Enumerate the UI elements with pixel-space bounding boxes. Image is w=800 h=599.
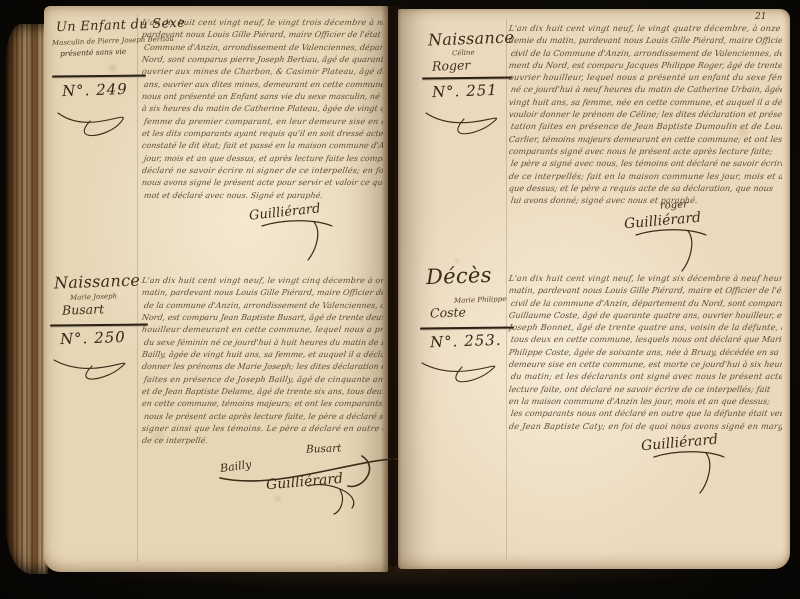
handwritten-line: du sexe féminin né ce jourd'hui à huit h… [141, 337, 383, 349]
margin-rule [50, 323, 148, 326]
handwritten-line: L'an dix huit cent vingt neuf, le vingt … [508, 22, 782, 34]
handwritten-line: femme du premier comparant, en leur deme… [141, 116, 383, 128]
right-page: 21 Naissance Céline Roger N°. 251 L'an d… [398, 9, 790, 569]
handwritten-line: Commune d'Anzin, arrondissement de Valen… [141, 42, 383, 54]
record-number: N°. 251 [432, 81, 498, 101]
handwritten-line: demie du matin, pardevant nous Louis Gil… [508, 34, 782, 46]
signature: Guilliérard [623, 210, 701, 233]
handwritten-line: Nord, est comparu Jean Baptiste Busart, … [141, 312, 383, 324]
margin-rule [52, 75, 146, 78]
margin-title: Naissance [54, 271, 141, 293]
handwritten-line: nous avons signé le présent acte pour se… [141, 177, 383, 189]
handwritten-line: civil de la commune d'Anzin, département… [508, 297, 782, 309]
signature: roger [660, 199, 688, 211]
handwritten-line: nous ont présenté un Enfant sans vie du … [141, 91, 383, 103]
margin-name: Coste [430, 304, 466, 320]
handwritten-line: en cette commune, témoins majeurs; et on… [141, 398, 383, 410]
handwritten-line: vouloir donner le prénom de Céline; les … [508, 108, 782, 120]
handwritten-line: déclaré ne savoir écrire ni signer de ce… [141, 165, 383, 177]
signature: Bailly [219, 458, 252, 475]
handwritten-line: ouvrier aux mines de Charbon, & Casimir … [141, 66, 383, 78]
handwritten-line: Bailly, âgée de vingt huit ans, sa femme… [141, 349, 383, 361]
margin-rule [420, 327, 514, 330]
handwritten-line: Nord, sont comparus pierre Joseph Bertia… [141, 54, 383, 66]
signature: Guilliérard [640, 432, 718, 455]
margin-name: Busart [62, 301, 105, 317]
handwritten-line: de ce interpellé. [141, 435, 383, 447]
record-number: N°. 253. [430, 331, 502, 351]
handwritten-line: lecture faite, ont déclaré ne savoir écr… [508, 383, 782, 395]
page-number: 21 [755, 12, 766, 22]
handwritten-line: né ce jourd'hui à neuf heures du matin d… [508, 83, 782, 95]
handwritten-line: civil de la Commune d'Anzin, arrondissem… [508, 47, 782, 59]
handwritten-line: constaté le dit état; fait et passé en l… [141, 140, 383, 152]
handwritten-line: de la commune d'Anzin, arrondissement de… [141, 300, 383, 312]
handwritten-line: demeure sise en cette commune, est morte… [508, 358, 782, 370]
margin-rule [422, 77, 512, 80]
handwritten-line: Carlier, témoins majeurs demeurant en ce… [508, 133, 782, 145]
handwritten-line: et de Jean Baptiste Delame, âgé de trent… [141, 386, 383, 398]
book-gutter-shadow [381, 6, 401, 572]
record-body: L'an dix huit cent vingt neuf, le vingt … [508, 272, 782, 434]
record-body: L'an dix huit cent vingt neuf, le vingt … [141, 17, 383, 205]
handwritten-line: que dessus; et le père a requis acte de … [508, 182, 782, 194]
margin-name: Roger [432, 57, 471, 73]
record-body: L'an dix huit cent vingt neuf, le vingt … [141, 275, 383, 450]
handwritten-line: et les dits comparants ayant requis qu'i… [141, 128, 383, 140]
handwritten-line: donner les prénoms de Marie Joseph; les … [141, 361, 383, 373]
handwritten-line: du matin; et les déclarants ont signé av… [508, 370, 782, 382]
handwritten-line: tous deux en cette commune, lesquels nou… [508, 333, 782, 345]
handwritten-line: Philippe Coste, âgée de soixante ans, né… [508, 346, 782, 358]
signature-flourish [630, 227, 720, 273]
handwritten-line: à six heures du matin de Catherine Plate… [141, 103, 383, 115]
handwritten-line: L'an dix huit cent vingt neuf, le vingt … [508, 272, 782, 284]
handwritten-line: de Jean Baptiste Caty; en foi de quoi no… [508, 420, 782, 432]
margin-subtitle: Céline [452, 49, 475, 58]
signature-flourish [648, 449, 738, 495]
handwritten-line: ouvrier houilleur, lequel nous a présent… [508, 71, 782, 83]
margin-crease [506, 19, 507, 559]
record-number: N°. 249 [62, 80, 128, 100]
handwritten-line: nous le présent acte après lecture faite… [141, 411, 383, 423]
handwritten-line: Joseph Bonnet, âgé de trente quatre ans,… [508, 321, 782, 333]
photo-background: Un Enfant du Sexe Masculin de Pierre Jos… [0, 0, 800, 599]
handwritten-line: ans, ouvrier aux dites mines, demeurant … [141, 79, 383, 91]
handwritten-line: en la maison commune d'Anzin les jour, m… [508, 395, 782, 407]
handwritten-line: lui avons donné; signé avec nous et para… [508, 194, 782, 206]
handwritten-line: Guillaume Coste, âgé de quarante quatre … [508, 309, 782, 321]
handwritten-line: de ce interpellés; fait en la maison com… [508, 170, 782, 182]
handwritten-line: les comparants nous ont déclaré en outre… [508, 407, 782, 419]
handwritten-line: vingt huit ans, sa femme, née en cette c… [508, 96, 782, 108]
handwritten-line: le père a signé avec nous, les témoins o… [508, 157, 782, 169]
handwritten-line: matin, pardevant nous Louis Gille Piérar… [141, 287, 383, 299]
margin-subtitle: Marie Philippe [454, 295, 507, 305]
signature: Busart [306, 442, 342, 455]
handwritten-line: signer ainsi que les témoins. Le père a … [141, 423, 383, 435]
handwritten-line: matin, pardevant nous Louis Gille Piérar… [508, 284, 782, 296]
handwritten-line: jour, mois et an que dessus, et après le… [141, 153, 383, 165]
record-body: L'an dix huit cent vingt neuf, le vingt … [508, 22, 782, 208]
handwritten-line: comparants signé avec nous le présent ac… [508, 145, 782, 157]
margin-subtitle: Marie Joseph [70, 292, 117, 302]
signature: Guilliérard [265, 471, 343, 494]
handwritten-line: ment du Nord, est comparu Jacques Philip… [508, 59, 782, 71]
handwritten-line: pardevant nous Louis Gille Piérard, mair… [141, 29, 383, 41]
handwritten-line: mot et déclaré avec nous. Signé et parap… [141, 190, 383, 202]
handwritten-line: L'an dix huit cent vingt neuf, le vingt … [141, 275, 383, 287]
handwritten-line: faites en présence de Joseph Bailly, âgé… [141, 374, 383, 386]
handwritten-line: L'an dix huit cent vingt neuf, le vingt … [141, 17, 383, 29]
margin-crease [137, 14, 138, 562]
margin-title: Naissance [428, 28, 515, 50]
margin-title: Décès [426, 263, 493, 289]
handwritten-line: tation faites en présence de Jean Baptis… [508, 120, 782, 132]
left-page: Un Enfant du Sexe Masculin de Pierre Jos… [44, 6, 388, 572]
margin-note: présenté sans vie [60, 47, 127, 58]
record-number: N°. 250 [60, 328, 126, 348]
signature-flourish [256, 218, 346, 262]
handwritten-line: houilleur demeurant en cette commune, le… [141, 324, 383, 336]
book-page-edges [6, 24, 48, 574]
